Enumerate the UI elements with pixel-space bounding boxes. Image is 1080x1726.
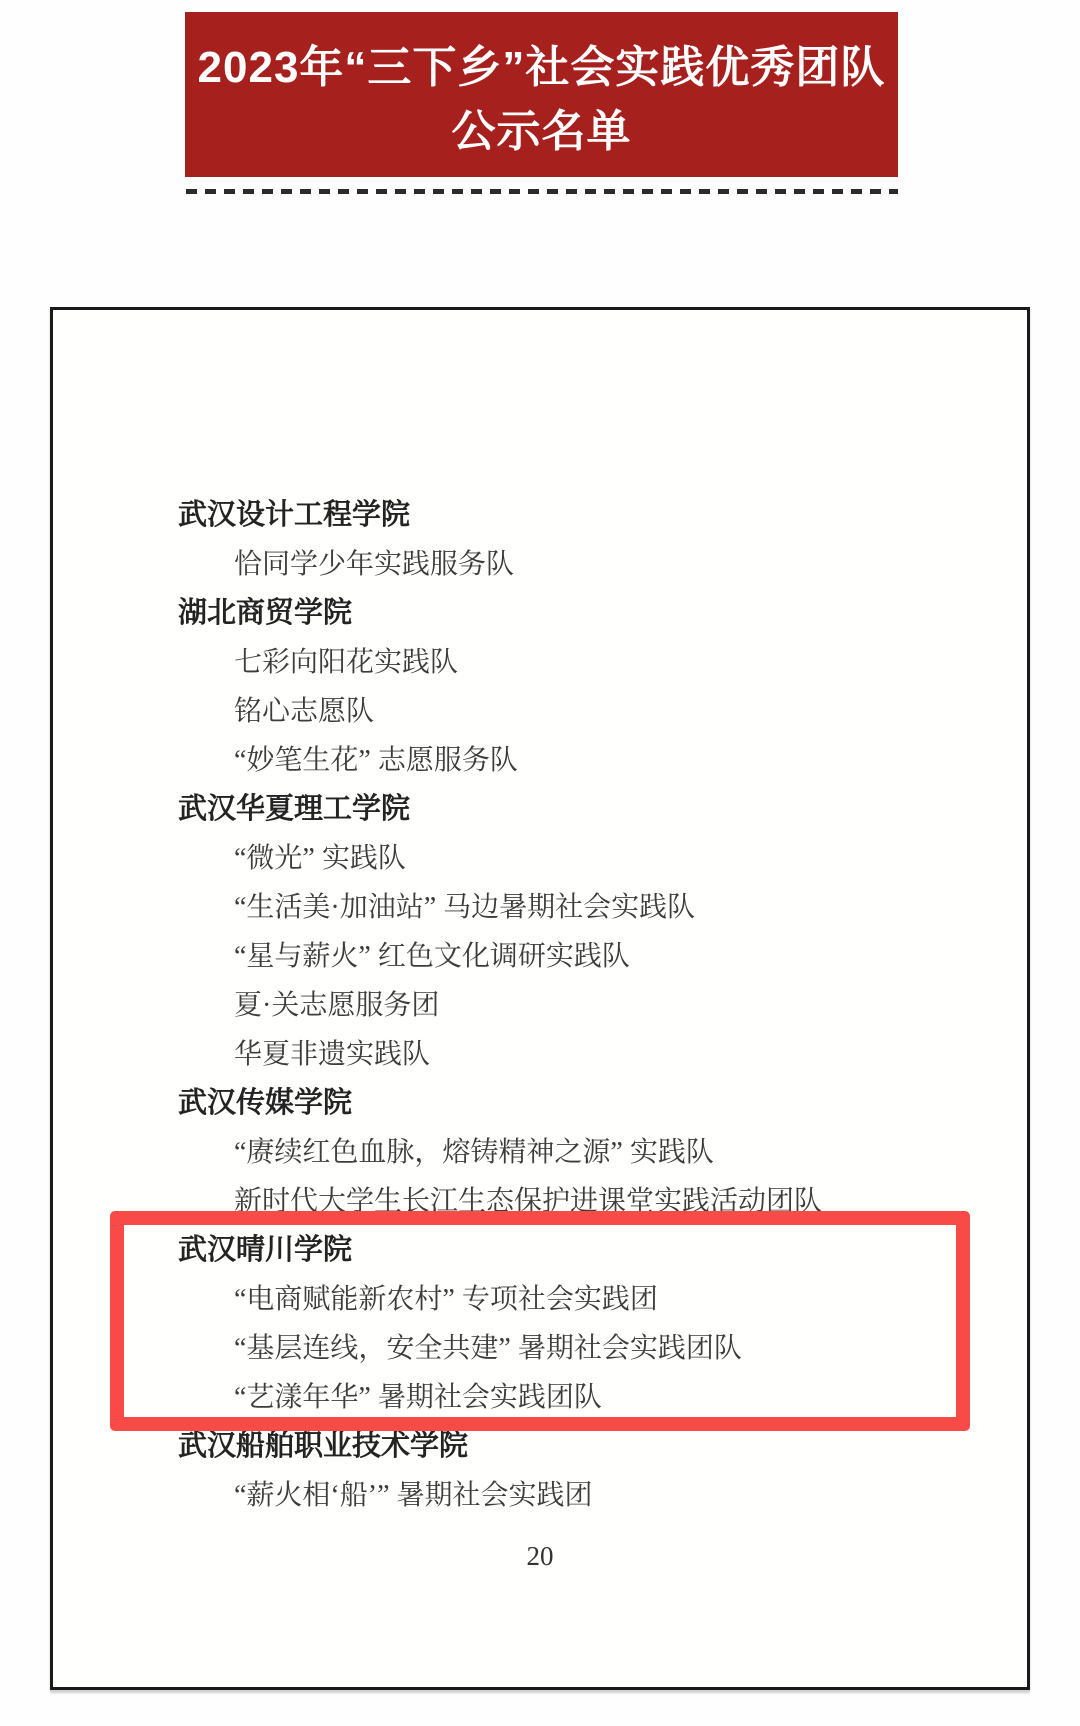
team-name-highlighted: “艺漾年华” 暑期社会实践团队 xyxy=(53,1373,1027,1422)
team-name: 新时代大学生长江生态保护进课堂实践活动团队 xyxy=(53,1177,1027,1226)
school-name: 武汉传媒学院 xyxy=(53,1079,1027,1128)
team-name: “星与薪火” 红色文化调研实践队 xyxy=(53,932,1027,981)
content-box: 武汉设计工程学院 恰同学少年实践服务队 湖北商贸学院 七彩向阳花实践队 铭心志愿… xyxy=(50,307,1030,1690)
team-name: 夏·关志愿服务团 xyxy=(53,981,1027,1030)
school-name: 武汉船舶职业技术学院 xyxy=(53,1422,1027,1471)
team-name-highlighted: “电商赋能新农村” 专项社会实践团 xyxy=(53,1275,1027,1324)
team-name: 七彩向阳花实践队 xyxy=(53,638,1027,687)
team-name: “赓续红色血脉，熔铸精神之源” 实践队 xyxy=(53,1128,1027,1177)
team-name-highlighted: “基层连线，安全共建” 暑期社会实践团队 xyxy=(53,1324,1027,1373)
school-name: 武汉设计工程学院 xyxy=(53,491,1027,540)
title-banner: 2023年“三下乡”社会实践优秀团队 公示名单 xyxy=(185,12,898,177)
team-name: 铭心志愿队 xyxy=(53,687,1027,736)
document-page: 2023年“三下乡”社会实践优秀团队 公示名单 武汉设计工程学院 恰同学少年实践… xyxy=(0,0,1080,1726)
banner-title-line1: 2023年“三下乡”社会实践优秀团队 xyxy=(185,36,898,100)
team-name: 恰同学少年实践服务队 xyxy=(53,540,1027,589)
team-name: “生活美·加油站” 马边暑期社会实践队 xyxy=(53,883,1027,932)
school-name: 湖北商贸学院 xyxy=(53,589,1027,638)
team-name: “薪火相‘船’” 暑期社会实践团 xyxy=(53,1471,1027,1520)
banner-title-line2: 公示名单 xyxy=(185,100,898,164)
team-name: “妙笔生花” 志愿服务队 xyxy=(53,736,1027,785)
page-number: 20 xyxy=(53,1532,1027,1580)
team-list: 武汉设计工程学院 恰同学少年实践服务队 湖北商贸学院 七彩向阳花实践队 铭心志愿… xyxy=(53,310,1027,1520)
dashed-divider xyxy=(186,189,898,194)
team-name: “微光” 实践队 xyxy=(53,834,1027,883)
school-name-highlighted: 武汉晴川学院 xyxy=(53,1226,1027,1275)
team-name: 华夏非遗实践队 xyxy=(53,1030,1027,1079)
school-name: 武汉华夏理工学院 xyxy=(53,785,1027,834)
